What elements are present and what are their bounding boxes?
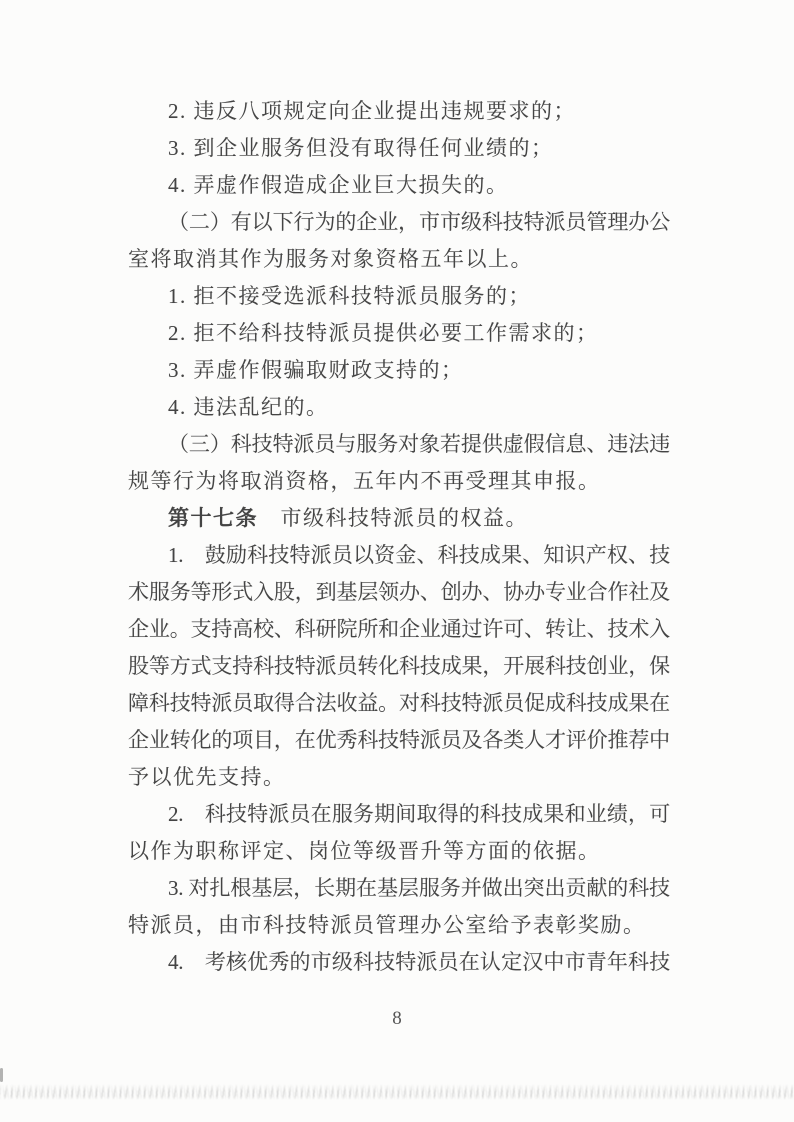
- text-run: 术服务等形式入股，到基层领办、创办、协办专业合作社及: [128, 580, 670, 604]
- text-run: 2. 拒不给科技特派员提供必要工作需求的；: [168, 321, 599, 345]
- text-run: （三）科技特派员与服务对象若提供虚假信息、违法违: [168, 432, 670, 456]
- document-body: 2. 违反八项规定向企业提出违规要求的；3. 到企业服务但没有取得任何业绩的；4…: [128, 93, 670, 981]
- text-line: 4. 违法乱纪的。: [128, 389, 670, 426]
- text-run: 3. 对扎根基层，长期在基层服务并做出突出贡献的科技: [168, 876, 670, 900]
- text-run: 1. 拒不接受选派科技特派员服务的；: [168, 284, 531, 308]
- text-line: 1. 鼓励科技特派员以资金、科技成果、知识产权、技: [128, 537, 670, 574]
- text-run: 2. 违反八项规定向企业提出违规要求的；: [168, 99, 576, 123]
- text-line: 室将取消其作为服务对象资格五年以上。: [128, 241, 670, 278]
- scanned-document-page: 2. 违反八项规定向企业提出违规要求的；3. 到企业服务但没有取得任何业绩的；4…: [0, 0, 794, 1122]
- text-run: 市级科技特派员的权益。: [258, 506, 528, 530]
- text-line: （二）有以下行为的企业，市市级科技特派员管理办公: [128, 204, 670, 241]
- text-run: 4. 违法乱纪的。: [168, 395, 329, 419]
- text-run: 予以优先支持。: [128, 765, 286, 789]
- text-run: 企业转化的项目，在优秀科技特派员及各类人才评价推荐中: [128, 728, 670, 752]
- text-line: 障科技特派员取得合法收益。对科技特派员促成科技成果在: [128, 685, 670, 722]
- text-line: 3. 对扎根基层，长期在基层服务并做出突出贡献的科技: [128, 870, 670, 907]
- text-line: （三）科技特派员与服务对象若提供虚假信息、违法违: [128, 426, 670, 463]
- text-run: 规等行为将取消资格，五年内不再受理其申报。: [128, 469, 601, 493]
- text-line: 企业转化的项目，在优秀科技特派员及各类人才评价推荐中: [128, 722, 670, 759]
- text-line: 4. 弄虚作假造成企业巨大损失的。: [128, 167, 670, 204]
- text-line: 2. 违反八项规定向企业提出违规要求的；: [128, 93, 670, 130]
- text-run: （二）有以下行为的企业，市市级科技特派员管理办公: [168, 210, 670, 234]
- text-line: 3. 到企业服务但没有取得任何业绩的；: [128, 130, 670, 167]
- text-run: 2. 科技特派员在服务期间取得的科技成果和业绩，可: [168, 802, 670, 826]
- text-line: 2. 拒不给科技特派员提供必要工作需求的；: [128, 315, 670, 352]
- text-line: 4. 考核优秀的市级科技特派员在认定汉中市青年科技: [128, 944, 670, 981]
- text-run: 4. 考核优秀的市级科技特派员在认定汉中市青年科技: [168, 950, 670, 974]
- text-run: 以作为职称评定、岗位等级晋升等方面的依据。: [128, 839, 601, 863]
- text-line: 3. 弄虚作假骗取财政支持的；: [128, 352, 670, 389]
- text-line: 企业。支持高校、科研院所和企业通过许可、转让、技术入: [128, 611, 670, 648]
- article-number-bold: 第十七条: [168, 506, 258, 530]
- text-line: 第十七条 市级科技特派员的权益。: [128, 500, 670, 537]
- page-number: 8: [0, 1000, 794, 1037]
- text-run: 3. 弄虚作假骗取财政支持的；: [168, 358, 464, 382]
- text-line: 予以优先支持。: [128, 759, 670, 796]
- text-run: 特派员，由市科技特派员管理办公室给予表彰奖励。: [128, 913, 646, 937]
- scan-artifact-band: [0, 1084, 794, 1100]
- text-run: 股等方式支持科技特派员转化科技成果，开展科技创业，保: [128, 654, 670, 678]
- text-run: 1. 鼓励科技特派员以资金、科技成果、知识产权、技: [168, 543, 670, 567]
- text-line: 规等行为将取消资格，五年内不再受理其申报。: [128, 463, 670, 500]
- text-line: 股等方式支持科技特派员转化科技成果，开展科技创业，保: [128, 648, 670, 685]
- text-line: 术服务等形式入股，到基层领办、创办、协办专业合作社及: [128, 574, 670, 611]
- text-line: 1. 拒不接受选派科技特派员服务的；: [128, 278, 670, 315]
- text-run: 企业。支持高校、科研院所和企业通过许可、转让、技术入: [128, 617, 670, 641]
- text-line: 以作为职称评定、岗位等级晋升等方面的依据。: [128, 833, 670, 870]
- text-run: 室将取消其作为服务对象资格五年以上。: [128, 247, 533, 271]
- text-line: 特派员，由市科技特派员管理办公室给予表彰奖励。: [128, 907, 670, 944]
- text-run: 障科技特派员取得合法收益。对科技特派员促成科技成果在: [128, 691, 670, 715]
- text-run: 4. 弄虚作假造成企业巨大损失的。: [168, 173, 509, 197]
- text-run: 3. 到企业服务但没有取得任何业绩的；: [168, 136, 554, 160]
- scan-artifact-speck: [0, 1068, 3, 1082]
- text-line: 2. 科技特派员在服务期间取得的科技成果和业绩，可: [128, 796, 670, 833]
